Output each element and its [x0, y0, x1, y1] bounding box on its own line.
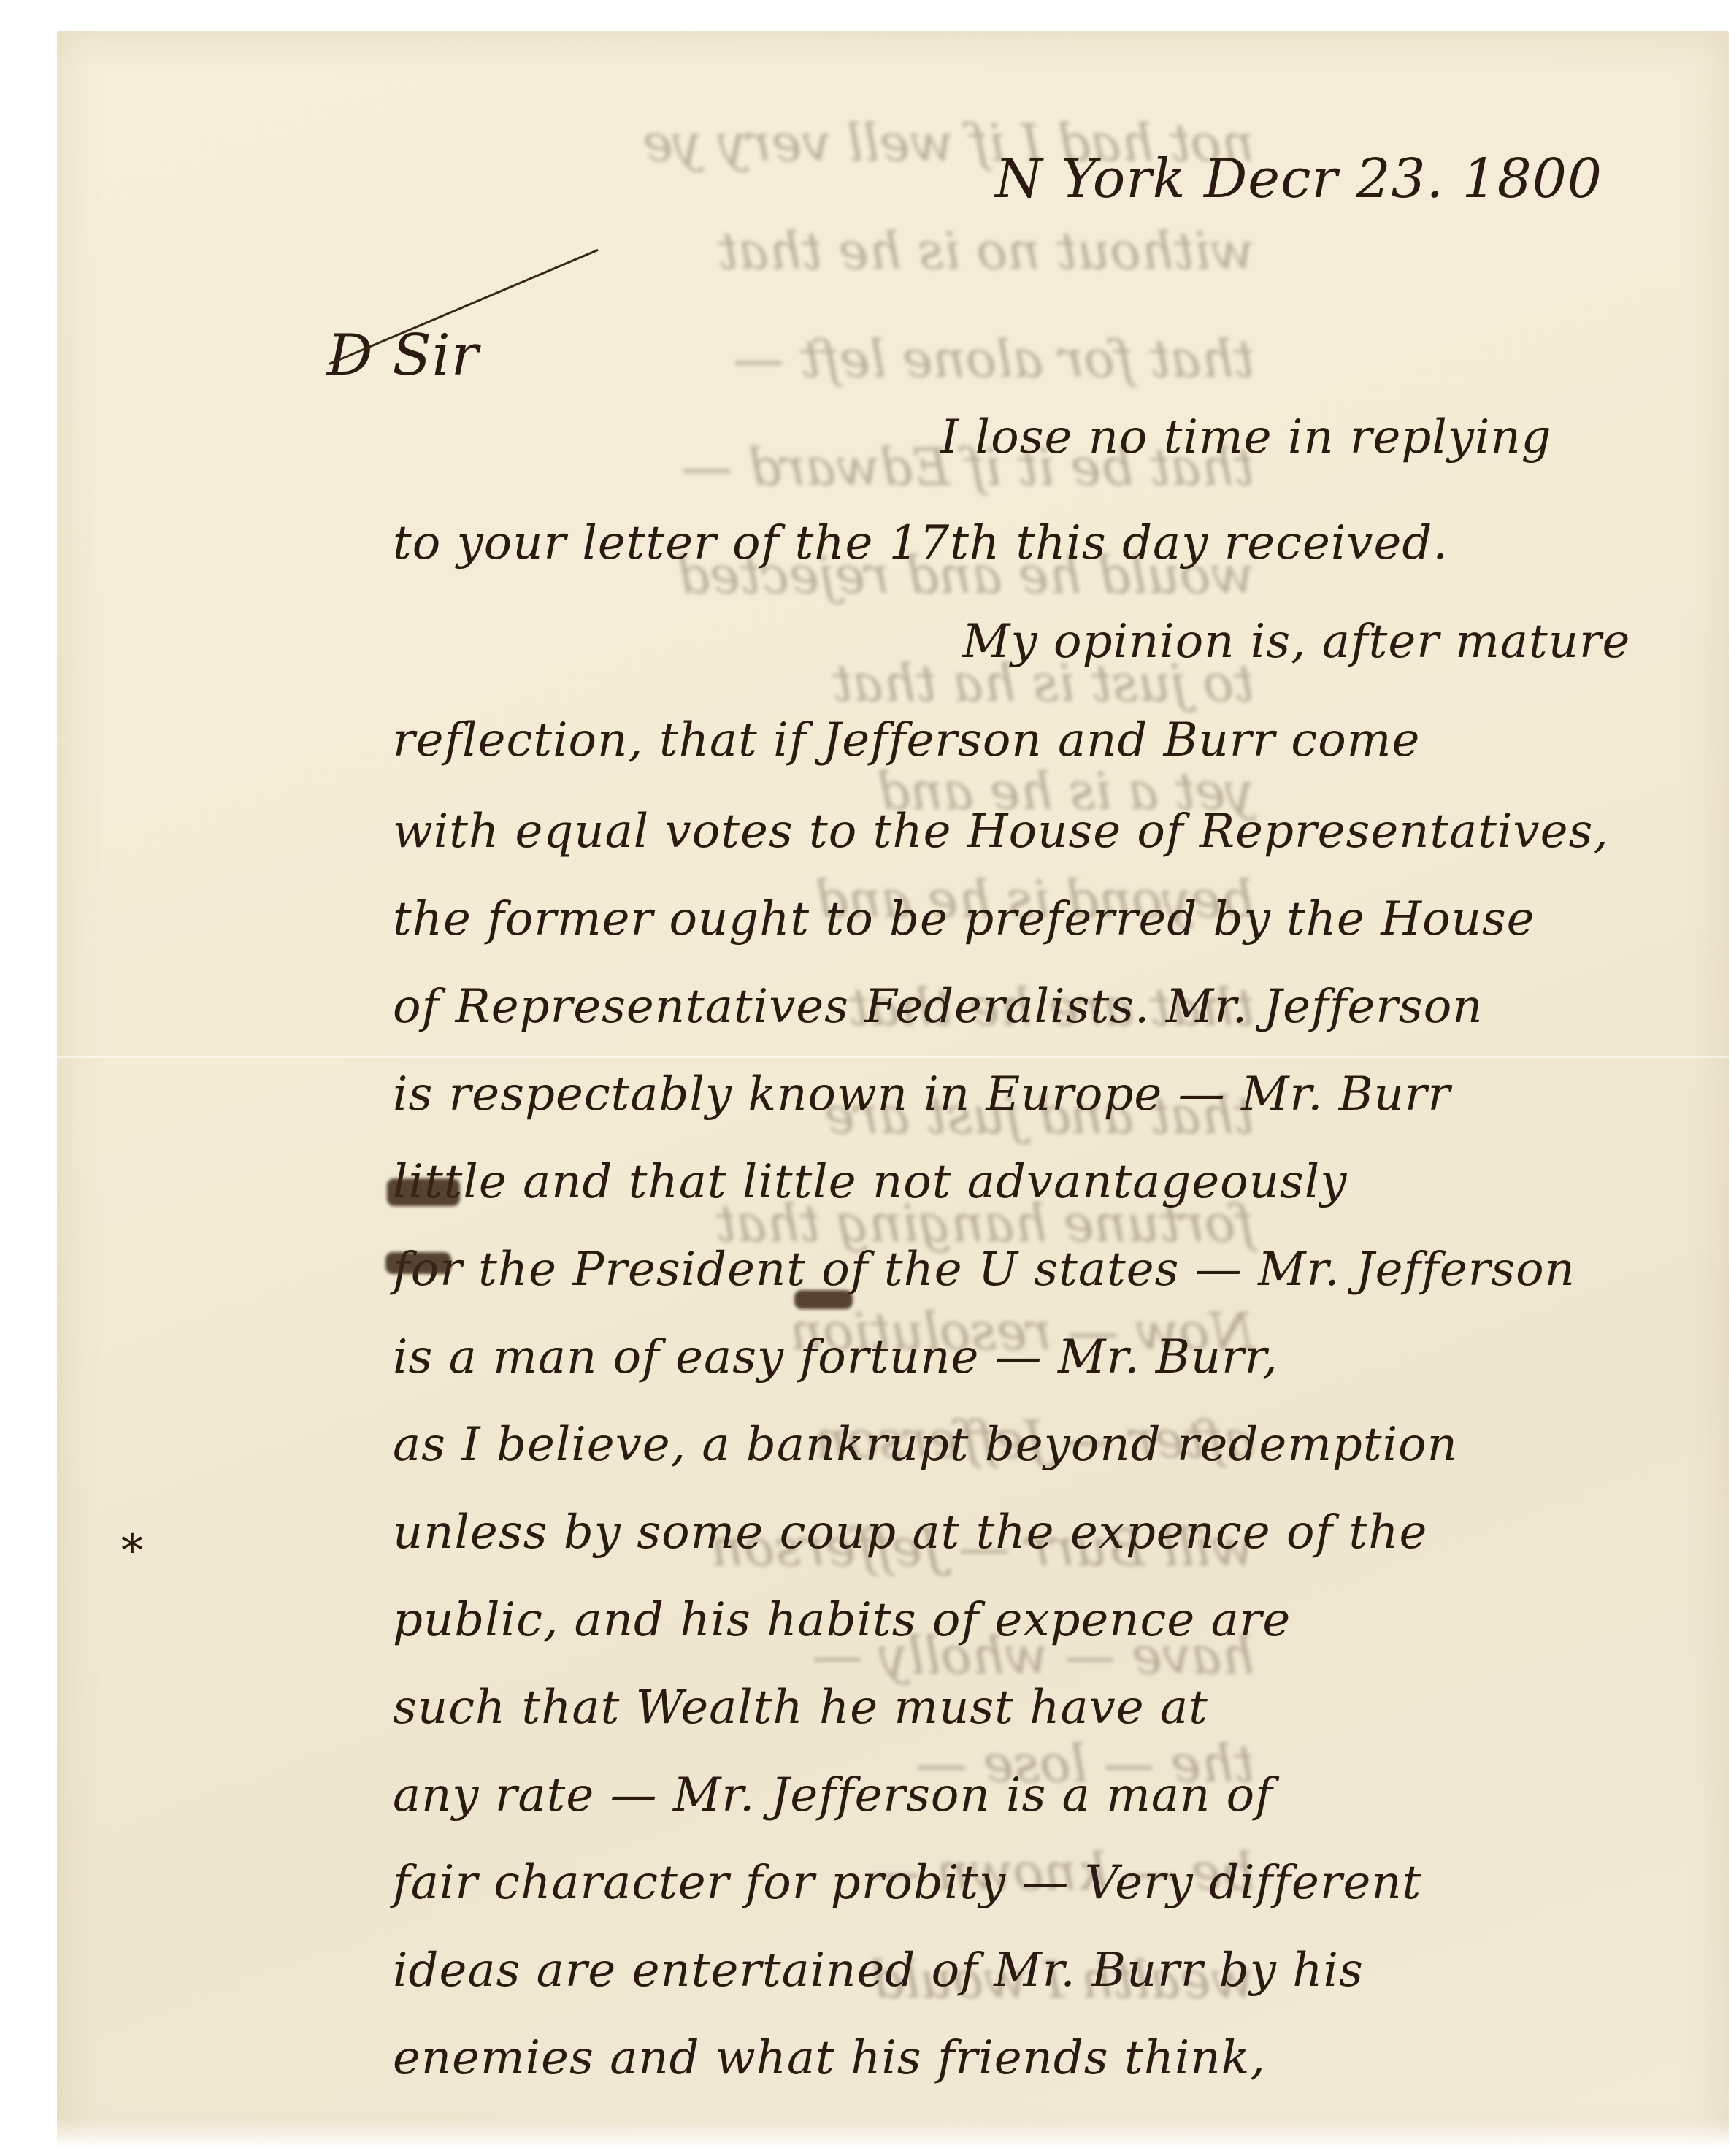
letter-line-19: enemies and what his friends think,	[393, 2031, 1266, 2085]
letter-line-5: with equal votes to the House of Represe…	[393, 805, 1609, 859]
letter-line-10: for the President of the U states — Mr. …	[393, 1243, 1575, 1297]
letter-line-1: I lose no time in replying	[940, 410, 1552, 464]
letter-line-14: public, and his habits of expence are	[393, 1593, 1291, 1647]
letter-line-2: to your letter of the 17th this day rece…	[393, 516, 1448, 570]
letter-line-7: of Representatives Federalists. Mr. Jeff…	[393, 980, 1483, 1034]
ink-blot	[387, 1178, 460, 1206]
letter-line-16: any rate — Mr. Jefferson is a man of	[393, 1768, 1273, 1822]
letter-line-8: is respectably known in Europe — Mr. Bur…	[393, 1067, 1451, 1121]
letter-line-9: little and that little not advantageousl…	[393, 1155, 1347, 1209]
letter-line-4: reflection, that if Jefferson and Burr c…	[393, 713, 1420, 767]
letter-line-15: such that Wealth he must have at	[393, 1681, 1208, 1735]
letter-line-18: ideas are entertained of Mr. Burr by his	[393, 1944, 1364, 1998]
ink-blot	[385, 1252, 451, 1274]
letter-line-6: the former ought to be preferred by the …	[393, 892, 1535, 946]
margin-asterisk: *	[121, 1525, 143, 1576]
letter-line-11: is a man of easy fortune — Mr. Burr,	[393, 1330, 1278, 1384]
ink-blot	[794, 1290, 853, 1309]
letter-page: not had I if well very ye without no is …	[57, 31, 1729, 2148]
letter-line-13: unless by some coup at the expence of th…	[393, 1505, 1427, 1560]
letter-line-12: as I believe, a bankrupt beyond redempti…	[393, 1418, 1458, 1472]
letter-line-17: fair character for probity — Very differ…	[393, 1856, 1421, 1910]
place-date: N York Decr 23. 1800	[995, 147, 1603, 210]
letter-line-3: My opinion is, after mature	[962, 615, 1630, 669]
